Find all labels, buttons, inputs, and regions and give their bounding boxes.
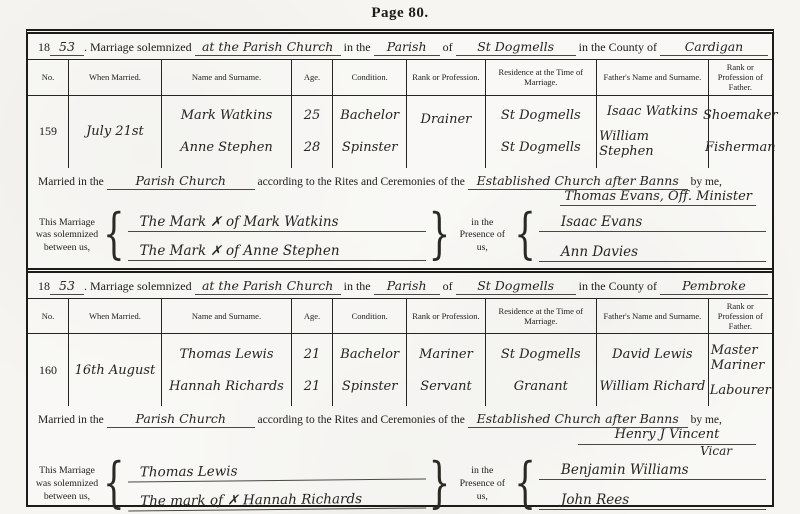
bride-father-profession: Labourer — [710, 383, 771, 398]
married-in-field: Parish Church — [107, 411, 255, 428]
bride-father: William Richard — [599, 379, 705, 394]
by-me-label: by me, — [691, 414, 722, 426]
col-header-residence: Residence at the Time of Marriage. — [486, 60, 598, 95]
presence-label: in the Presence of us, — [453, 465, 511, 503]
groom-father-profession: Master Mariner — [711, 343, 770, 373]
professions-cell: Mariner Servant — [407, 334, 485, 406]
bride-age: 28 — [304, 140, 321, 155]
county-label: in the County of — [579, 40, 657, 54]
fathers-cell: Isaac Watkins William Stephen — [597, 96, 709, 168]
col-header-father-profession: Rank or Profession of Father. — [709, 60, 772, 95]
rites-field: Established Church after Banns — [468, 173, 688, 190]
entry-number: 159 — [39, 124, 57, 139]
col-header-no: No. — [28, 299, 69, 334]
bride-age: 21 — [304, 379, 321, 394]
signature-block: This Marriage was solemnized between us,… — [28, 209, 772, 268]
groom-name: Mark Watkins — [181, 108, 273, 123]
entry-table: No. When Married. Name and Surname. Age.… — [28, 298, 772, 407]
marriage-register: 1853. Marriage solemnized at the Parish … — [26, 29, 774, 507]
col-header-name: Name and Surname. — [162, 299, 292, 334]
col-header-father-profession: Rank or Profession of Father. — [709, 299, 772, 334]
col-header-father: Father's Name and Surname. — [597, 60, 709, 95]
col-header-no: No. — [28, 60, 69, 95]
table-data-row: 159 July 21st Mark Watkins Anne Stephen … — [28, 96, 772, 168]
marriage-solemnized-label: . Marriage solemnized — [84, 40, 192, 54]
col-header-age: Age. — [292, 60, 333, 95]
marriage-solemnized-label: . Marriage solemnized — [84, 279, 192, 293]
bride-father: William Stephen — [599, 129, 706, 159]
groom-residence: St Dogmells — [501, 108, 581, 123]
married-in-label: Married in the — [38, 414, 104, 426]
witness-signature-line: Benjamin Williams — [539, 462, 766, 480]
right-brace: } — [429, 214, 451, 258]
bride-residence: Granant — [514, 379, 568, 394]
solemnized-label: This Marriage was solemnized between us, — [34, 465, 100, 503]
bride-condition: Spinster — [342, 379, 398, 394]
col-header-name: Name and Surname. — [162, 60, 292, 95]
witness-signatures: Isaac Evans Ann Davies — [539, 210, 766, 262]
ages-cell: 25 28 — [292, 96, 333, 168]
bride-name: Hannah Richards — [169, 379, 284, 394]
groom-condition: Bachelor — [340, 347, 399, 362]
register-page: Page 80. 1853. Marriage solemnized at th… — [0, 0, 800, 514]
officiant-line: Thomas Evans, Off. Minister — [28, 189, 772, 206]
col-header-father: Father's Name and Surname. — [597, 299, 709, 334]
solemnized-label: This Marriage was solemnized between us, — [34, 217, 100, 255]
residences-cell: St Dogmells St Dogmells — [486, 96, 598, 168]
names-cell: Thomas Lewis Hannah Richards — [162, 334, 292, 406]
rites-label: according to the Rites and Ceremonies of… — [258, 176, 465, 188]
bride-signature-line: The Mark ✗ of Anne Stephen — [128, 243, 426, 261]
parish-word-field: Parish — [374, 39, 440, 56]
entry-table: No. When Married. Name and Surname. Age.… — [28, 59, 772, 168]
couple-signatures: The Mark ✗ of Mark Watkins The Mark ✗ of… — [128, 210, 426, 261]
bride-name: Anne Stephen — [180, 140, 273, 155]
presence-label: in the Presence of us, — [453, 217, 511, 255]
groom-residence: St Dogmells — [501, 347, 581, 362]
groom-age: 25 — [304, 108, 321, 123]
col-header-profession: Rank or Profession. — [407, 60, 485, 95]
col-header-condition: Condition. — [333, 60, 407, 95]
names-cell: Mark Watkins Anne Stephen — [162, 96, 292, 168]
col-header-when-married: When Married. — [69, 60, 162, 95]
register-entry-159: 1853. Marriage solemnized at the Parish … — [28, 34, 772, 268]
ages-cell: 21 21 — [292, 334, 333, 406]
col-header-profession: Rank or Profession. — [407, 299, 485, 334]
county-field: Cardigan — [660, 39, 768, 56]
parish-name-field: St Dogmells — [456, 39, 576, 56]
county-field: Pembroke — [660, 278, 768, 295]
bride-profession: Servant — [420, 379, 472, 394]
married-in-label: Married in the — [38, 176, 104, 188]
witness-brace: { — [514, 214, 536, 258]
table-header-row: No. When Married. Name and Surname. Age.… — [28, 60, 772, 96]
rites-field: Established Church after Banns — [468, 411, 688, 428]
when-married-cell: 16th August — [69, 334, 162, 406]
bride-signature-line: The mark of ✗ Hannah Richards — [128, 490, 426, 511]
witness-signature-line: John Rees — [539, 492, 766, 510]
bride-father-profession: Fisherman — [705, 140, 776, 155]
groom-profession: Drainer — [421, 112, 472, 127]
witness-brace: { — [514, 463, 536, 507]
entry-header: 1853. Marriage solemnized at the Parish … — [28, 273, 772, 298]
year-prefix: 18 — [38, 40, 50, 54]
father-professions-cell: Shoemaker Fisherman — [709, 96, 772, 168]
when-married-cell: July 21st — [69, 96, 162, 168]
officiant-signature: Henry J Vincent — [578, 428, 756, 444]
witness-signatures: Benjamin Williams John Rees — [539, 458, 766, 510]
col-header-condition: Condition. — [333, 299, 407, 334]
left-brace: { — [103, 463, 125, 507]
col-header-age: Age. — [292, 299, 333, 334]
col-header-residence: Residence at the Time of Marriage. — [486, 299, 598, 334]
groom-signature-line: The Mark ✗ of Mark Watkins — [128, 214, 426, 232]
of-label: of — [443, 279, 453, 293]
couple-signatures: Thomas Lewis The mark of ✗ Hannah Richar… — [127, 457, 426, 511]
page-title: Page 80. — [0, 0, 800, 26]
conditions-cell: Bachelor Spinster — [333, 96, 407, 168]
parish-name-field: St Dogmells — [456, 278, 576, 295]
groom-name: Thomas Lewis — [179, 347, 273, 362]
col-header-when-married: When Married. — [69, 299, 162, 334]
bride-residence: St Dogmells — [501, 140, 581, 155]
married-in-field: Parish Church — [107, 173, 255, 190]
groom-father: Isaac Watkins — [607, 104, 698, 119]
residences-cell: St Dogmells Granant — [486, 334, 598, 406]
entry-number-cell: 159 — [28, 96, 69, 168]
groom-signature-line: Thomas Lewis — [127, 461, 425, 482]
entry-number-cell: 160 — [28, 334, 69, 406]
witness-signature-line: Ann Davies — [539, 244, 766, 262]
year-field: 53 — [50, 39, 84, 56]
witness-signature-line: Isaac Evans — [539, 214, 766, 232]
groom-father-profession: Shoemaker — [703, 108, 778, 123]
rites-label: according to the Rites and Ceremonies of… — [258, 414, 465, 426]
when-married-value: July 21st — [86, 124, 144, 139]
officiant-title: Vicar — [28, 445, 772, 458]
year-field: 53 — [50, 278, 84, 295]
fathers-cell: David Lewis William Richard — [597, 334, 709, 406]
year-prefix: 18 — [38, 279, 50, 293]
bride-condition: Spinster — [342, 140, 398, 155]
right-brace: } — [429, 463, 451, 507]
father-professions-cell: Master Mariner Labourer — [709, 334, 772, 406]
married-in-line: Married in the Parish Church according t… — [28, 406, 772, 428]
conditions-cell: Bachelor Spinster — [333, 334, 407, 406]
when-married-value: 16th August — [75, 363, 156, 378]
left-brace: { — [103, 214, 125, 258]
married-in-line: Married in the Parish Church according t… — [28, 168, 772, 190]
table-header-row: No. When Married. Name and Surname. Age.… — [28, 299, 772, 335]
by-me-label: by me, — [691, 176, 722, 188]
of-label: of — [443, 40, 453, 54]
officiant-line: Henry J Vincent — [28, 427, 772, 444]
entry-header: 1853. Marriage solemnized at the Parish … — [28, 34, 772, 59]
county-label: in the County of — [579, 279, 657, 293]
groom-age: 21 — [304, 347, 321, 362]
groom-father: David Lewis — [612, 347, 692, 362]
church-field: at the Parish Church — [195, 39, 341, 56]
parish-word-field: Parish — [374, 278, 440, 295]
register-entry-160: 1853. Marriage solemnized at the Parish … — [28, 268, 772, 514]
in-the-label: in the — [344, 279, 371, 293]
signature-block: This Marriage was solemnized between us,… — [28, 457, 772, 514]
groom-profession: Mariner — [419, 347, 473, 362]
groom-condition: Bachelor — [340, 108, 399, 123]
professions-cell: Drainer — [407, 96, 485, 168]
church-field: at the Parish Church — [195, 278, 341, 295]
officiant-signature: Thomas Evans, Off. Minister — [560, 190, 756, 206]
in-the-label: in the — [344, 40, 371, 54]
entry-number: 160 — [39, 363, 57, 378]
table-data-row: 160 16th August Thomas Lewis Hannah Rich… — [28, 334, 772, 406]
